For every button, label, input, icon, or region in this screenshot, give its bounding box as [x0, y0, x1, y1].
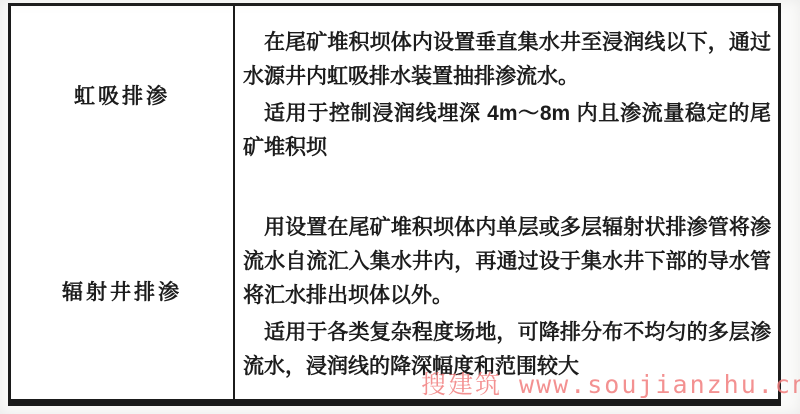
drainage-methods-table: 虹吸排渗 在尾矿堆积坝体内设置垂直集水井至浸润线以下，通过水源井内虹吸排水装置抽… [8, 3, 781, 406]
scanned-document-page: 虹吸排渗 在尾矿堆积坝体内设置垂直集水井至浸润线以下，通过水源井内虹吸排水装置抽… [0, 0, 800, 414]
description-cell-siphon-drainage: 在尾矿堆积坝体内设置垂直集水井至浸润线以下，通过水源井内虹吸排水装置抽排渗流水。… [235, 6, 778, 183]
method-cell-radial-well-drainage: 辐射井排渗 [11, 183, 235, 399]
method-cell-siphon-drainage: 虹吸排渗 [11, 6, 235, 183]
description-paragraph: 在尾矿堆积坝体内设置垂直集水井至浸润线以下，通过水源井内虹吸排水装置抽排渗流水。 [243, 26, 771, 94]
method-label: 虹吸排渗 [74, 80, 170, 110]
applicability-paragraph: 适用于各类复杂程度场地，可降排分布不均匀的多层渗流水，浸润线的降深幅度和范围较大 [243, 316, 771, 384]
description-cell-radial-well-drainage: 用设置在尾矿堆积坝体内单层或多层辐射状排渗管将渗流水自流汇入集水井内，再通过设于… [235, 183, 778, 399]
description-paragraph: 用设置在尾矿堆积坝体内单层或多层辐射状排渗管将渗流水自流汇入集水井内，再通过设于… [243, 211, 771, 313]
method-label: 辐射井排渗 [62, 276, 182, 306]
applicability-paragraph: 适用于控制浸润线埋深 4m～8m 内且渗流量稳定的尾矿堆积坝 [243, 97, 771, 165]
